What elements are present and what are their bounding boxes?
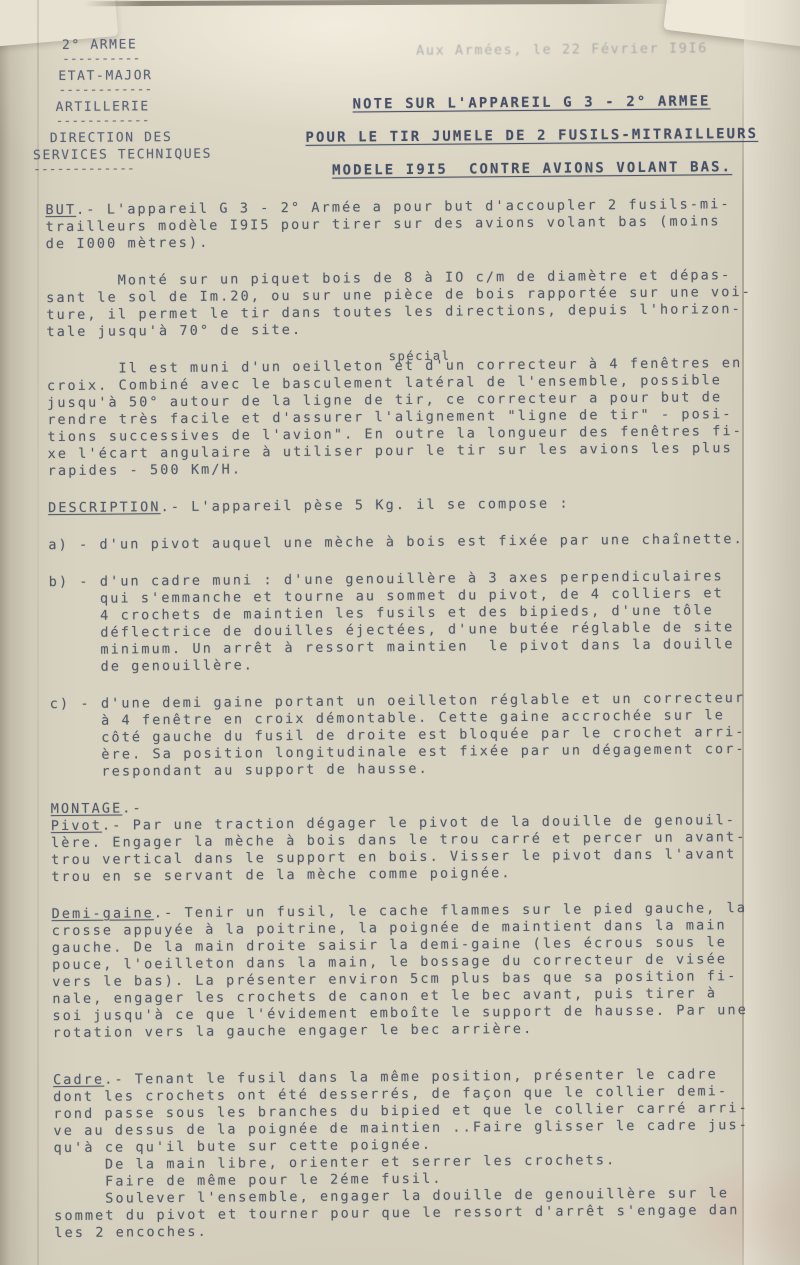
document-title-line: NOTE SUR L'APPAREIL G 3 - 2° ARMEE (286, 92, 776, 114)
letterhead-label: DIRECTION DES (50, 130, 212, 147)
paragraph-section: Cadre.- Tenant le fusil dans la même pos… (53, 1066, 780, 1242)
paragraph-section: Demi-gaine.- Tenir un fusil, le cache fl… (52, 900, 779, 1042)
letterhead-item: ETAT-MAJOR------------ (58, 68, 211, 96)
text-line: DESCRIPTION.- L'appareil pèse 5 Kg. il s… (48, 494, 774, 517)
document-body: BUT.- L'appareil G 3 - 2° Armée a pour b… (45, 196, 780, 1242)
underlined-heading: Pivot (51, 818, 102, 834)
underlined-heading: BUT (45, 202, 76, 218)
letterhead-item: 2° ARMEE---------- (62, 37, 211, 65)
letterhead-underline-dashes: ------------ (56, 115, 212, 127)
paragraph-section: BUT.- L'appareil G 3 - 2° Armée a pour b… (45, 196, 771, 253)
underlined-heading: MONTAGE (51, 801, 123, 818)
paragraph-section: c) - d'une demi gaine portant un oeillet… (50, 690, 777, 781)
sheet-content: 2° ARMEE----------ETAT-MAJOR------------… (0, 0, 800, 1265)
text-line: a) - d'un pivot auquel une mèche à bois … (48, 531, 774, 554)
letterhead-item: ARTILLERIE------------ (55, 99, 211, 127)
document-title: NOTE SUR L'APPAREIL G 3 - 2° ARMEEPOUR L… (286, 92, 777, 195)
letterhead: 2° ARMEE----------ETAT-MAJOR------------… (62, 33, 212, 175)
underlined-heading: Cadre (53, 1072, 104, 1088)
paragraph-section: Il est muni d'un oeilleton et d'un corre… (47, 355, 774, 480)
scanned-document-page: 2° ARMEE----------ETAT-MAJOR------------… (0, 0, 800, 1265)
document-title-line: MODELE I9I5 CONTRE AVIONS VOLANT BAS. (287, 158, 777, 180)
paragraph-section: Monté sur un piquet bois de 8 à IO c/m d… (46, 267, 773, 341)
letterhead-underline-dashes: ------------ (58, 84, 211, 96)
letterhead-underline-dashes: ------------- (33, 163, 212, 176)
document-title-line: POUR LE TIR JUMELE DE 2 FUSILS-MITRAILLE… (287, 125, 777, 147)
paragraph-section: b) - d'un cadre muni : d'une genouillère… (49, 568, 776, 676)
letterhead-item: DIRECTION DES (50, 130, 212, 147)
dateline: Aux Armées, le 22 Février I9I6 (416, 40, 708, 59)
paragraph-section: DESCRIPTION.- L'appareil pèse 5 Kg. il s… (48, 494, 774, 517)
underlined-heading: DESCRIPTION (48, 499, 161, 516)
letterhead-underline-dashes: ---------- (62, 53, 211, 65)
letterhead-item: SERVICES TECHNIQUES------------- (33, 147, 212, 176)
paragraph-section: a) - d'un pivot auquel une mèche à bois … (48, 531, 774, 554)
underlined-heading: Demi-gaine (52, 905, 154, 922)
interline-annotation: spécial (389, 349, 451, 364)
paragraph-section: Pivot.- Par une traction dégager le pivo… (51, 812, 778, 886)
